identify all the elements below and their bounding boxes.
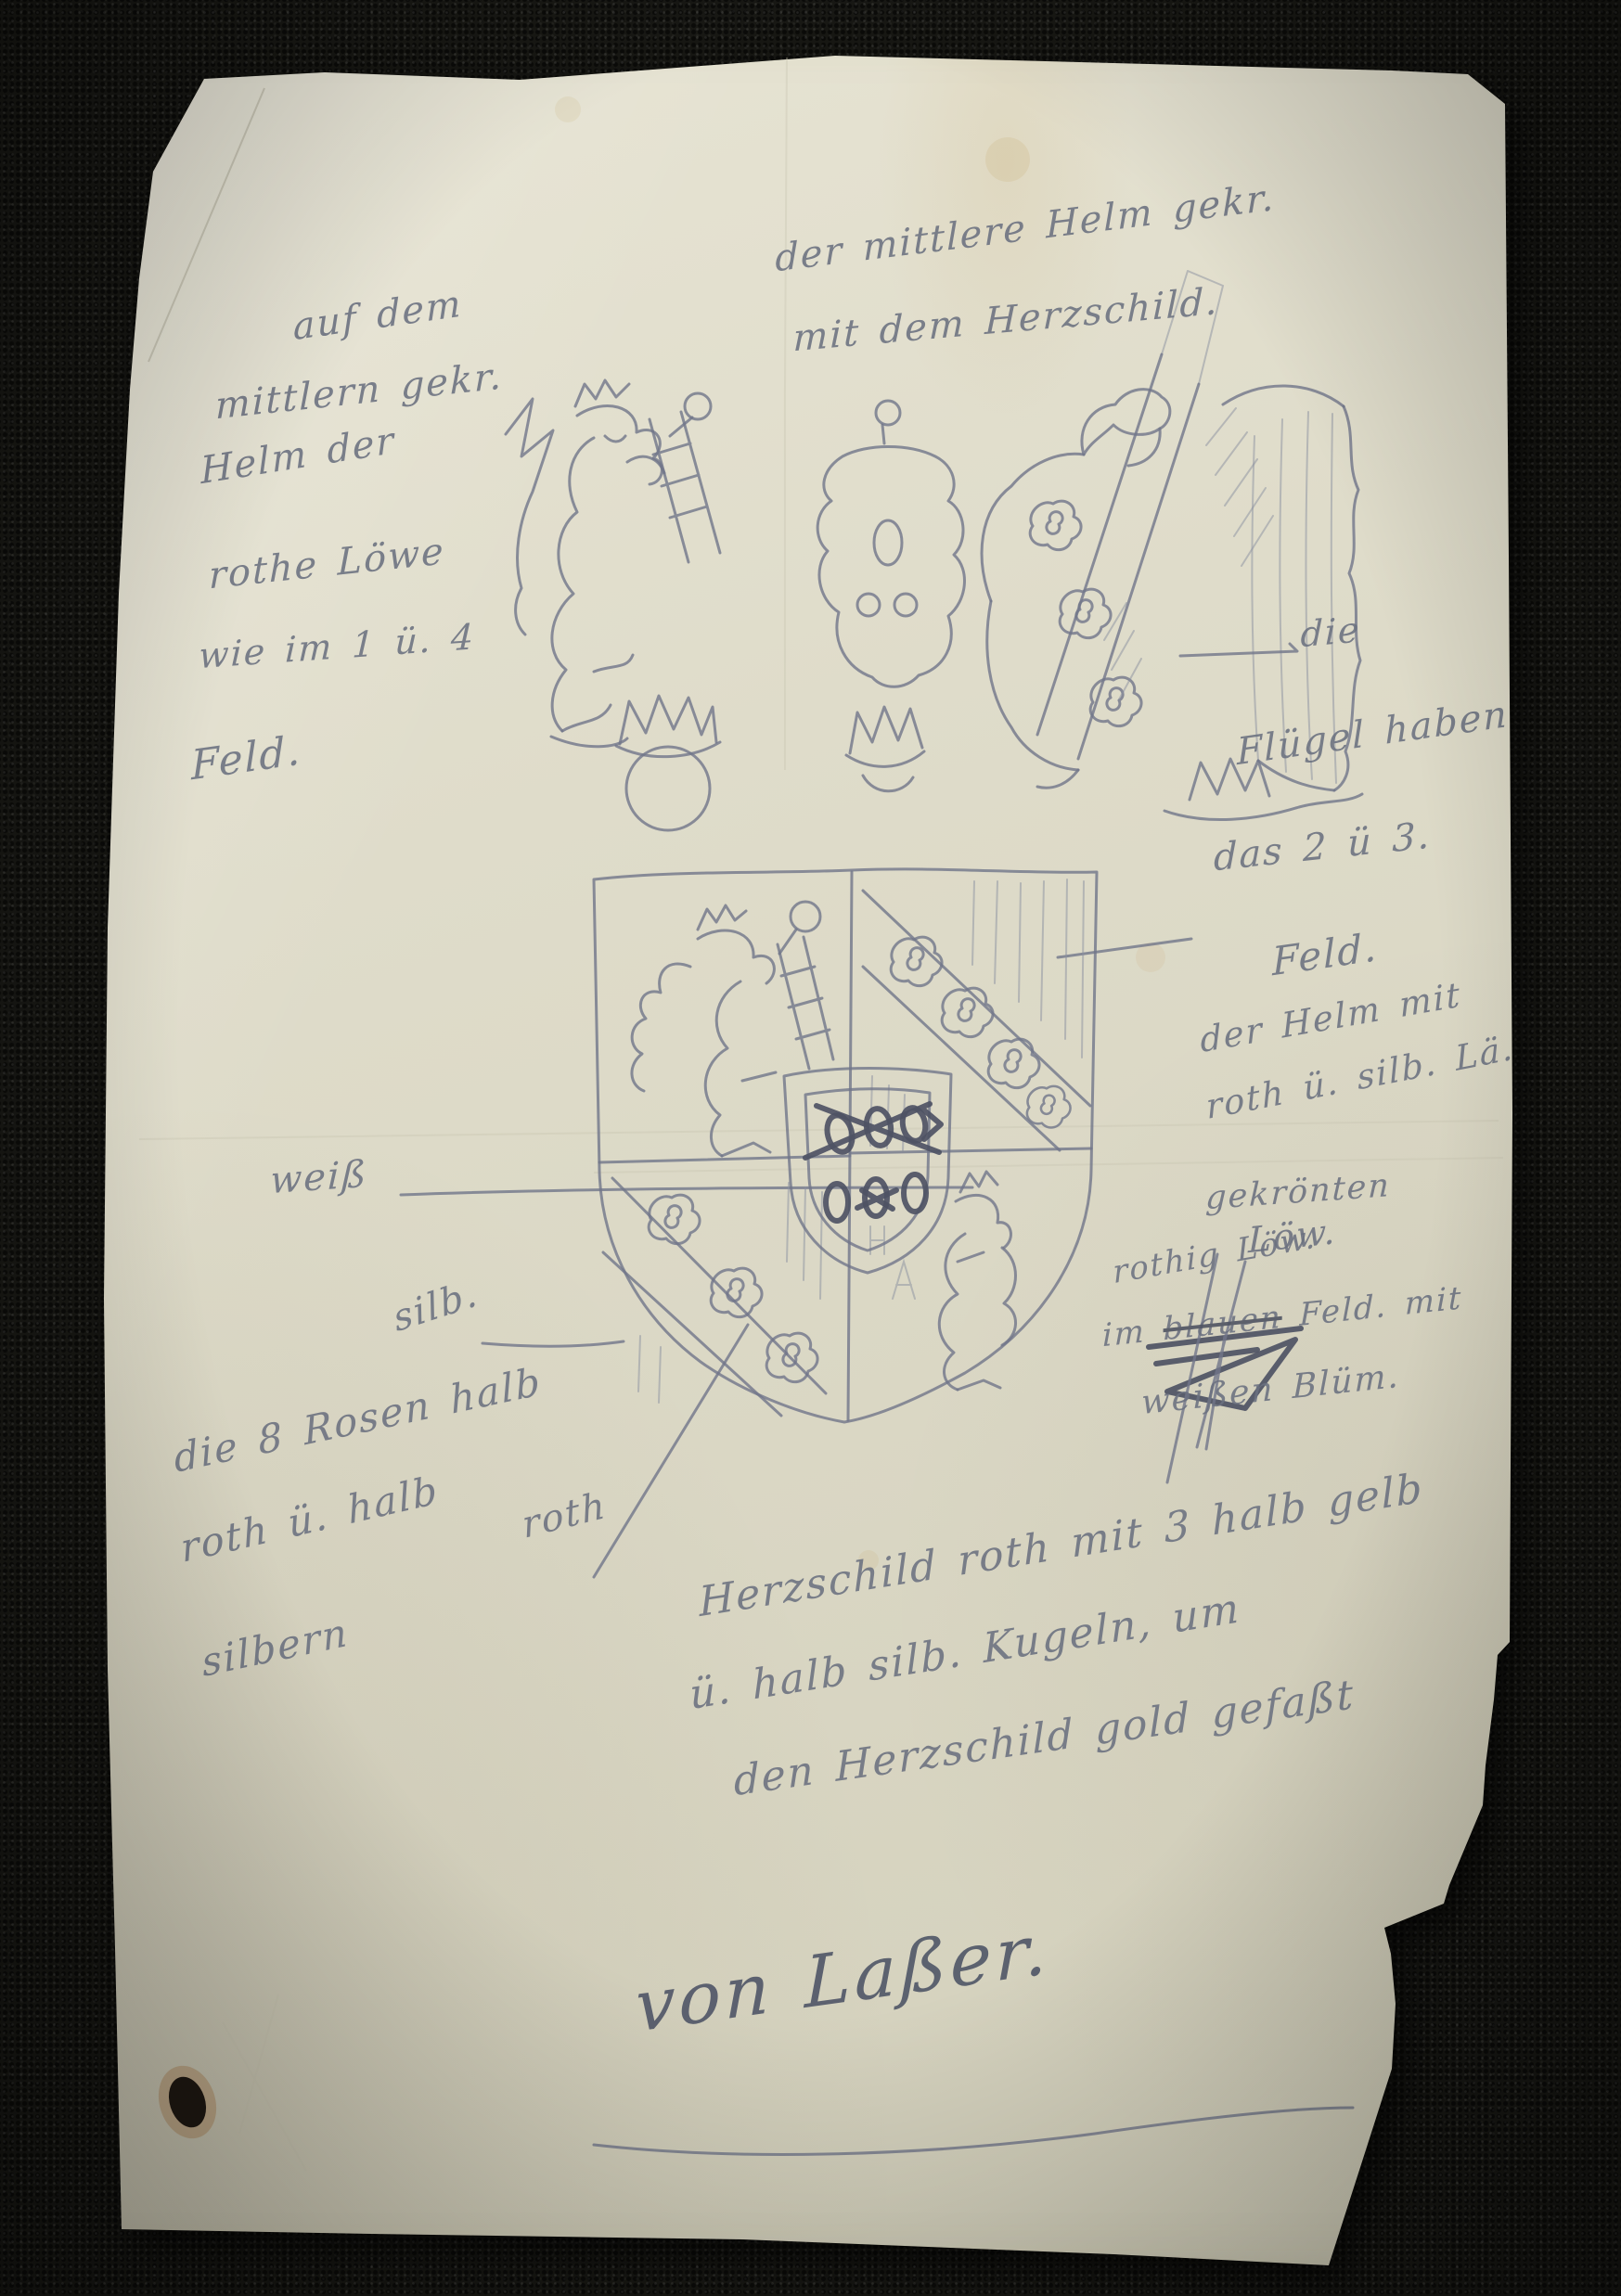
stain — [985, 137, 1030, 182]
blauen-crossout-scribble — [1149, 1254, 1301, 1482]
crease-vertical — [785, 58, 787, 770]
crease-bottom-left — [223, 1995, 306, 2171]
pointer-line-feld — [1058, 939, 1191, 957]
manuscript-photo: auf dem mittlern gekr. Helm der rothe Lö… — [0, 0, 1621, 2296]
label-die: die — [1300, 609, 1360, 655]
pointer-line-silb — [482, 1341, 624, 1346]
pointer-line-die — [1180, 644, 1297, 656]
crease-horizontal — [139, 1121, 1499, 1139]
word-im: im — [1102, 1313, 1146, 1354]
crease-top-left — [148, 88, 264, 362]
escutcheon-crown-crest-sketch — [817, 401, 964, 791]
label-weiss: weiß — [269, 1153, 368, 1203]
stain — [555, 96, 581, 122]
lion-crest-sketch — [506, 380, 720, 830]
signature-underline-flourish — [594, 2108, 1353, 2154]
punch-hole — [149, 2059, 225, 2147]
inescutcheon-sketch — [784, 1069, 951, 1274]
quarter1-lion — [632, 902, 833, 1156]
quartered-shield-sketch — [594, 869, 1097, 1422]
quarter2-rose-bend — [863, 879, 1090, 1150]
